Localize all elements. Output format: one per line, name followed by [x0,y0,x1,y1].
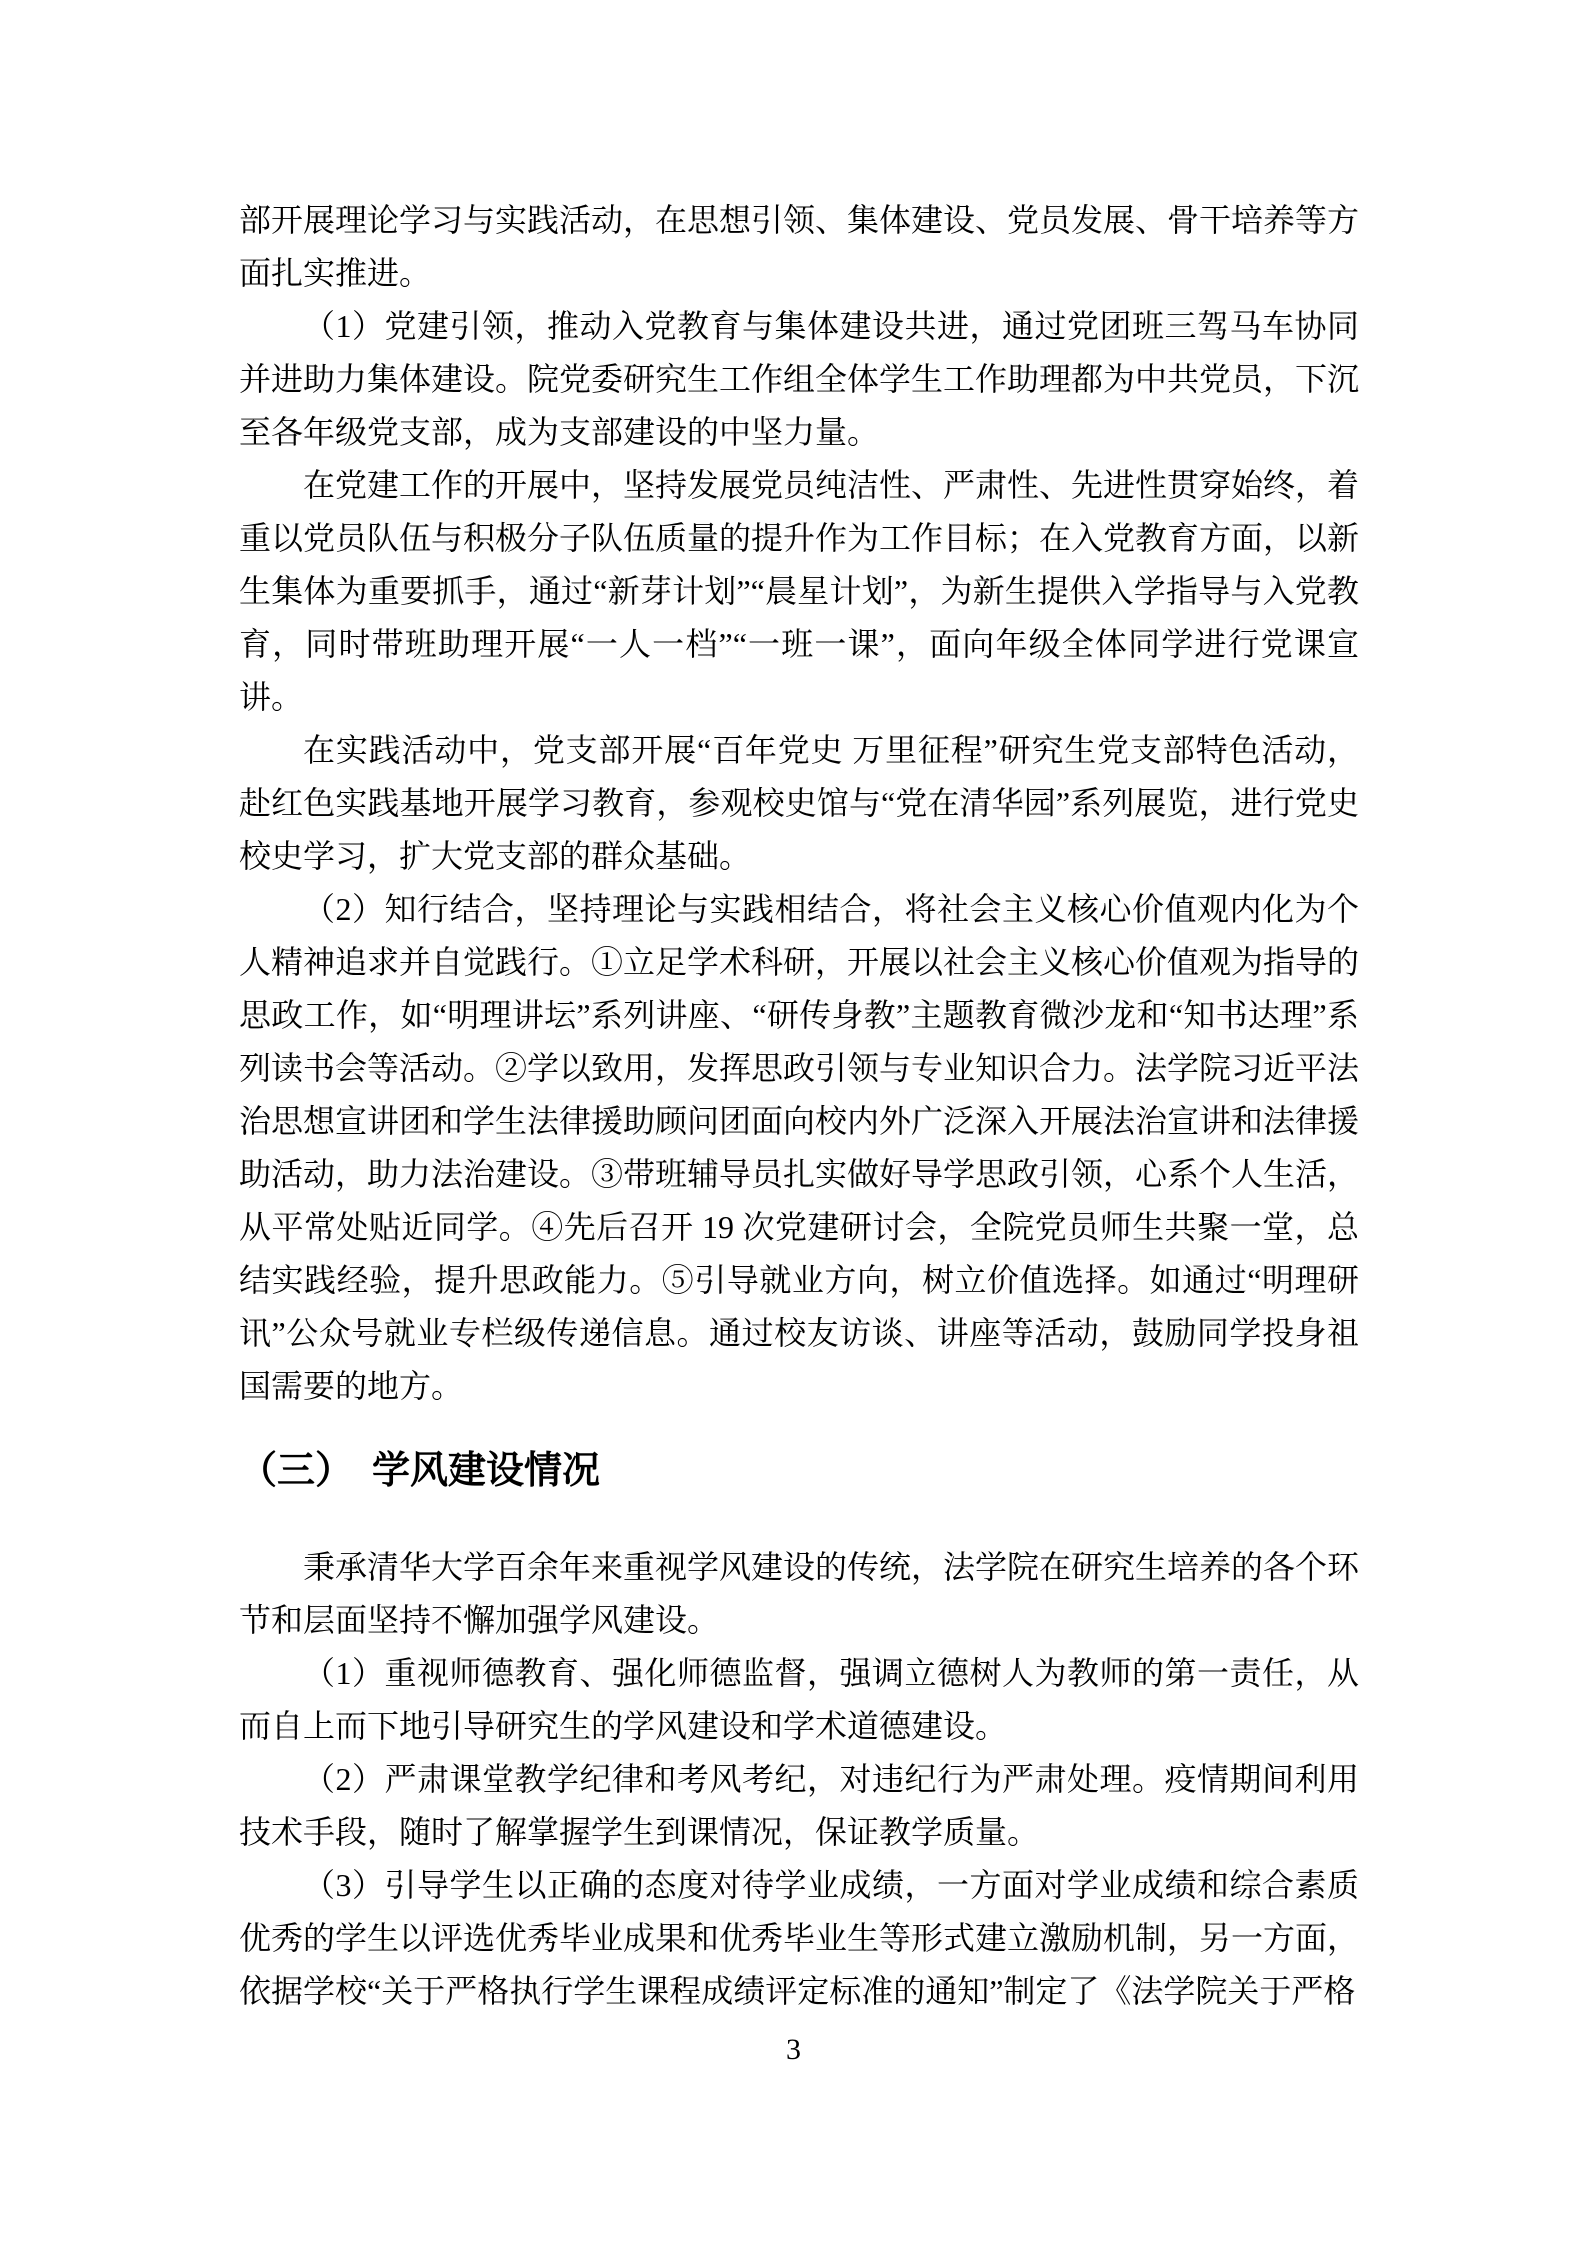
paragraph: 在党建工作的开展中，坚持发展党员纯洁性、严肃性、先进性贯穿始终，着重以党员队伍与… [239,459,1359,724]
page-number: 3 [0,2030,1587,2070]
paragraph-continued: 部开展理论学习与实践活动，在思想引领、集体建设、党员发展、骨干培养等方面扎实推进… [239,194,1359,300]
paragraph: （1）党建引领，推动入党教育与集体建设共进，通过党团班三驾马车协同并进助力集体建… [239,300,1359,459]
document-body: 部开展理论学习与实践活动，在思想引领、集体建设、党员发展、骨干培养等方面扎实推进… [239,194,1359,2018]
paragraph: （2）知行结合，坚持理论与实践相结合，将社会主义核心价值观内化为个人精神追求并自… [239,883,1359,1413]
section-heading: （三） 学风建设情况 [239,1443,1359,1499]
paragraph: （3）引导学生以正确的态度对待学业成绩，一方面对学业成绩和综合素质优秀的学生以评… [239,1859,1359,2018]
paragraph: 秉承清华大学百余年来重视学风建设的传统，法学院在研究生培养的各个环节和层面坚持不… [239,1541,1359,1647]
paragraph: （2）严肃课堂教学纪律和考风考纪，对违纪行为严肃处理。疫情期间利用技术手段，随时… [239,1753,1359,1859]
paragraph: （1）重视师德教育、强化师德监督，强调立德树人为教师的第一责任，从而自上而下地引… [239,1647,1359,1753]
document-page: 部开展理论学习与实践活动，在思想引领、集体建设、党员发展、骨干培养等方面扎实推进… [0,0,1587,2245]
paragraph: 在实践活动中，党支部开展“百年党史 万里征程”研究生党支部特色活动，赴红色实践基… [239,724,1359,883]
